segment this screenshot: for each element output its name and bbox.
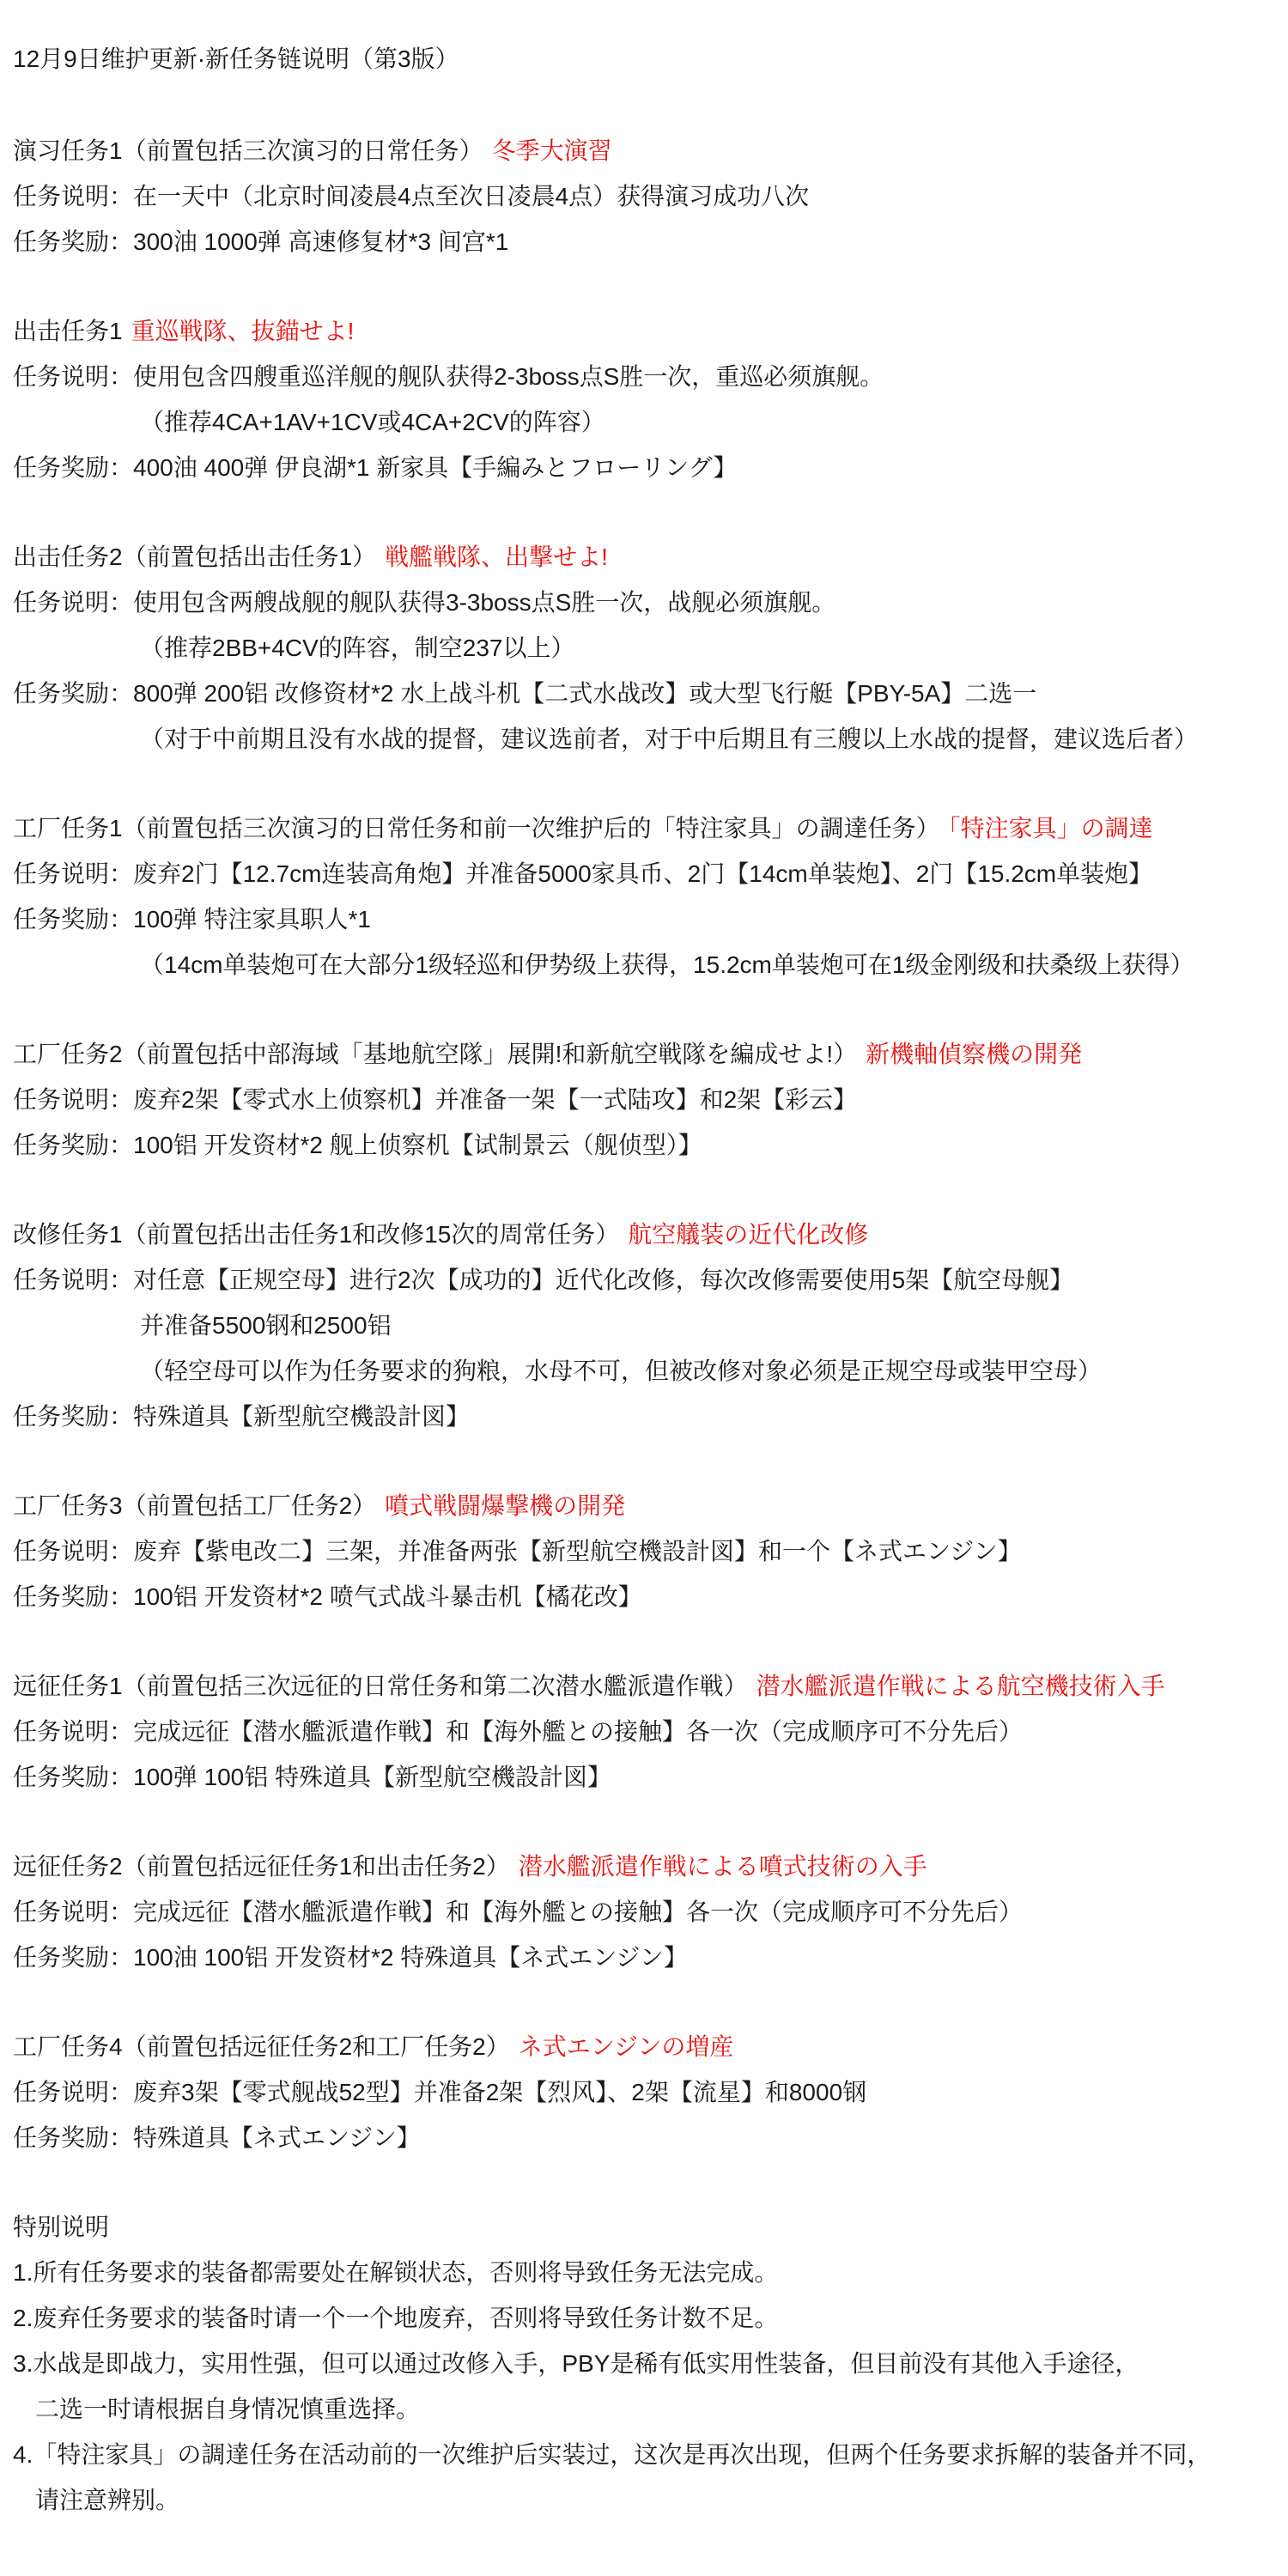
task-description: 任务说明：废弃2门【12.7cm连装高角炮】并准备5000家具币、2门【14cm… (13, 851, 1288, 896)
task-reward: 任务奖励：特殊道具【ネ式エンジン】 (13, 2115, 1288, 2160)
task-header-prefix: 演习任务1（前置包括三次演习的日常任务） (13, 137, 483, 164)
task-reward-note: （对于中前期且没有水战的提督，建议选前者，对于中后期且有三艘以上水战的提督，建议… (140, 716, 1288, 762)
special-note-item-4-continued: 请注意辨别。 (35, 2477, 1288, 2523)
task-reward: 任务奖励：300油 1000弹 高速修复材*3 间宫*1 (13, 219, 1288, 264)
task-description: 任务说明：完成远征【潜水艦派遣作戦】和【海外艦との接触】各一次（完成顺序可不分先… (13, 1709, 1288, 1754)
task-header: 出击任务2（前置包括出击任务1）戦艦戦隊、出撃せよ! (13, 534, 1288, 580)
task-reward: 任务奖励：100铝 开发资材*2 喷气式战斗暴击机【橘花改】 (13, 1574, 1288, 1619)
special-notes: 特别说明 1.所有任务要求的装备都需要处在解锁状态，否则将导致任务无法完成。 2… (13, 2204, 1288, 2523)
task-reward: 任务奖励：100弹 特注家具职人*1 (13, 896, 1288, 942)
task-block-sortie-2: 出击任务2（前置包括出击任务1）戦艦戦隊、出撃せよ! 任务说明：使用包含两艘战舰… (13, 534, 1288, 762)
task-description: 任务说明：使用包含两艘战舰的舰队获得3-3boss点S胜一次，战舰必须旗舰。 (13, 580, 1288, 625)
task-description: 任务说明：使用包含四艘重巡洋舰的舰队获得2-3boss点S胜一次，重巡必须旗舰。 (13, 354, 1288, 399)
task-title-red: 冬季大演習 (492, 137, 612, 164)
task-reward-note: （14cm单装炮可在大部分1级轻巡和伊势级上获得，15.2cm单装炮可在1级金刚… (140, 942, 1288, 987)
task-header-prefix: 工厂任务2（前置包括中部海域「基地航空隊」展開!和新航空戦隊を編成せよ!） (13, 1041, 857, 1067)
task-header: 工厂任务3（前置包括工厂任务2）噴式戦闘爆撃機の開発 (13, 1483, 1288, 1528)
task-header: 工厂任务1（前置包括三次演习的日常任务和前一次维护后的「特注家具」の調達任务）「… (13, 805, 1288, 851)
task-title-red: 「特注家具」の調達 (949, 815, 1153, 841)
task-description: 任务说明：对任意【正规空母】进行2次【成功的】近代化改修，每次改修需要使用5架【… (13, 1257, 1288, 1303)
task-block-factory-3: 工厂任务3（前置包括工厂任务2）噴式戦闘爆撃機の開発 任务说明：废弃【紫电改二】… (13, 1483, 1288, 1619)
task-header: 工厂任务4（前置包括远征任务2和工厂任务2）ネ式エンジンの増産 (13, 2024, 1288, 2069)
task-header-prefix: 改修任务1（前置包括出击任务1和改修15次的周常任务） (13, 1221, 619, 1248)
task-title-red: 潜水艦派遣作戦による噴式技術の入手 (519, 1853, 927, 1880)
task-description: 任务说明：废弃2架【零式水上侦察机】并准备一架【一式陆攻】和2架【彩云】 (13, 1077, 1288, 1122)
task-header: 出击任务1重巡戦隊、抜錨せよ! (13, 308, 1288, 354)
task-description-continued: 并准备5500钢和2500铝 (140, 1303, 1288, 1348)
task-title-red: 新機軸偵察機の開発 (866, 1041, 1082, 1067)
task-description-note: （推荐2BB+4CV的阵容，制空237以上） (140, 625, 1288, 671)
task-reward: 任务奖励：800弹 200铝 改修资材*2 水上战斗机【二式水战改】或大型飞行艇… (13, 671, 1288, 716)
task-header-prefix: 出击任务2（前置包括出击任务1） (13, 544, 376, 570)
special-notes-heading: 特别说明 (13, 2204, 1288, 2250)
special-note-item-3-continued: 二选一时请根据自身情况慎重选择。 (35, 2386, 1288, 2432)
task-description: 任务说明：完成远征【潜水艦派遣作戦】和【海外艦との接触】各一次（完成顺序可不分先… (13, 1889, 1288, 1935)
task-header: 远征任务1（前置包括三次远征的日常任务和第二次潜水艦派遣作戦）潜水艦派遣作戦によ… (13, 1663, 1288, 1709)
task-header-prefix: 出击任务1 (13, 318, 123, 344)
task-header: 远征任务2（前置包括远征任务1和出击任务2）潜水艦派遣作戦による噴式技術の入手 (13, 1844, 1288, 1889)
task-header-prefix: 远征任务1（前置包括三次远征的日常任务和第二次潜水艦派遣作戦） (13, 1673, 748, 1699)
page-title: 12月9日维护更新·新任务链说明（第3版） (13, 36, 1288, 82)
task-reward: 任务奖励：特殊道具【新型航空機設計図】 (13, 1394, 1288, 1439)
task-title-red: 航空艤装の近代化改修 (628, 1221, 868, 1248)
task-title-red: 潜水艦派遣作戦による航空機技術入手 (756, 1673, 1165, 1699)
task-description: 任务说明：废弃3架【零式舰战52型】并准备2架【烈风】、2架【流星】和8000钢 (13, 2069, 1288, 2115)
task-header-prefix: 工厂任务3（前置包括工厂任务2） (13, 1492, 376, 1519)
task-title-red: ネ式エンジンの増産 (519, 2033, 734, 2060)
task-description-note: （轻空母可以作为任务要求的狗粮，水母不可，但被改修对象必须是正规空母或装甲空母） (140, 1348, 1288, 1394)
special-note-item-2: 2.废弃任务要求的装备时请一个一个地废弃，否则将导致任务计数不足。 (13, 2295, 1288, 2341)
task-block-factory-2: 工厂任务2（前置包括中部海域「基地航空隊」展開!和新航空戦隊を編成せよ!）新機軸… (13, 1031, 1288, 1168)
task-description: 任务说明：废弃【紫电改二】三架，并准备两张【新型航空機設計図】和一个【ネ式エンジ… (13, 1528, 1288, 1574)
task-block-improvement-1: 改修任务1（前置包括出击任务1和改修15次的周常任务）航空艤装の近代化改修 任务… (13, 1212, 1288, 1439)
task-header-prefix: 远征任务2（前置包括远征任务1和出击任务2） (13, 1853, 510, 1880)
special-note-item-4: 4.「特注家具」の調達任务在活动前的一次维护后实装过，这次是再次出现，但两个任务… (13, 2432, 1288, 2477)
task-header-prefix: 工厂任务4（前置包括远征任务2和工厂任务2） (13, 2033, 510, 2060)
task-header: 演习任务1（前置包括三次演习的日常任务）冬季大演習 (13, 128, 1288, 173)
task-reward: 任务奖励：100铝 开发资材*2 舰上侦察机【试制景云（舰侦型）】 (13, 1122, 1288, 1168)
task-description: 任务说明：在一天中（北京时间凌晨4点至次日凌晨4点）获得演习成功八次 (13, 173, 1288, 219)
task-title-red: 重巡戦隊、抜錨せよ! (131, 318, 355, 344)
task-reward: 任务奖励：100弹 100铝 特殊道具【新型航空機設計図】 (13, 1754, 1288, 1800)
task-header: 改修任务1（前置包括出击任务1和改修15次的周常任务）航空艤装の近代化改修 (13, 1212, 1288, 1257)
task-header-prefix: 工厂任务1（前置包括三次演习的日常任务和前一次维护后的「特注家具」の調達任务） (13, 815, 940, 841)
task-block-exercise-1: 演习任务1（前置包括三次演习的日常任务）冬季大演習 任务说明：在一天中（北京时间… (13, 128, 1288, 264)
task-block-expedition-1: 远征任务1（前置包括三次远征的日常任务和第二次潜水艦派遣作戦）潜水艦派遣作戦によ… (13, 1663, 1288, 1800)
task-block-expedition-2: 远征任务2（前置包括远征任务1和出击任务2）潜水艦派遣作戦による噴式技術の入手 … (13, 1844, 1288, 1980)
task-reward: 任务奖励：100油 100铝 开发资材*2 特殊道具【ネ式エンジン】 (13, 1935, 1288, 1980)
task-description-note: （推荐4CA+1AV+1CV或4CA+2CV的阵容） (140, 399, 1288, 445)
special-note-item-1: 1.所有任务要求的装备都需要处在解锁状态，否则将导致任务无法完成。 (13, 2250, 1288, 2295)
task-block-factory-1: 工厂任务1（前置包括三次演习的日常任务和前一次维护后的「特注家具」の調達任务）「… (13, 805, 1288, 987)
maintenance-notice-document: 12月9日维护更新·新任务链说明（第3版） 演习任务1（前置包括三次演习的日常任… (0, 0, 1288, 2523)
task-block-factory-4: 工厂任务4（前置包括远征任务2和工厂任务2）ネ式エンジンの増産 任务说明：废弃3… (13, 2024, 1288, 2160)
task-title-red: 戦艦戦隊、出撃せよ! (385, 544, 608, 570)
task-header: 工厂任务2（前置包括中部海域「基地航空隊」展開!和新航空戦隊を編成せよ!）新機軸… (13, 1031, 1288, 1077)
task-reward: 任务奖励：400油 400弹 伊良湖*1 新家具【手編みとフローリング】 (13, 445, 1288, 490)
task-block-sortie-1: 出击任务1重巡戦隊、抜錨せよ! 任务说明：使用包含四艘重巡洋舰的舰队获得2-3b… (13, 308, 1288, 490)
task-title-red: 噴式戦闘爆撃機の開発 (385, 1492, 625, 1519)
special-note-item-3: 3.水战是即战力，实用性强，但可以通过改修入手，PBY是稀有低实用性装备，但目前… (13, 2341, 1288, 2386)
